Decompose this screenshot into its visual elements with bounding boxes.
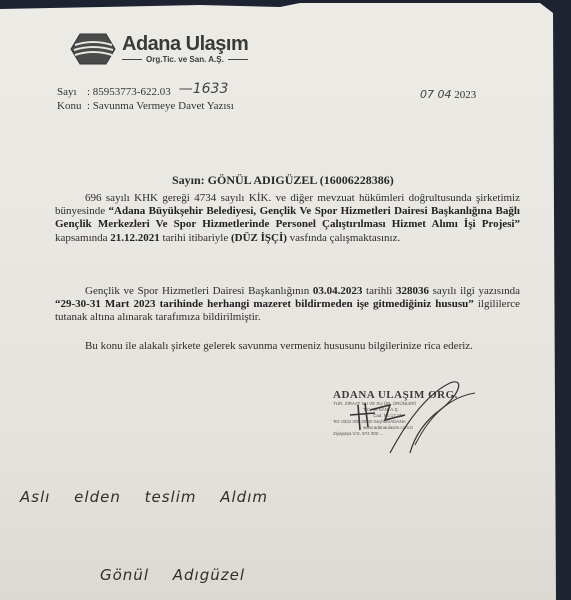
absence-statement: “29-30-31 Mart 2023 tarihinde herhangi m… — [55, 298, 474, 310]
company-logo: Adana Ulaşım Org.Tic. ve San. A.Ş. — [70, 33, 248, 65]
subject-row: Konu : Savunma Vermeye Davet Yazısı — [57, 99, 234, 113]
paragraph-1: 696 sayılı KHK gereği 4734 sayılı KİK. v… — [55, 192, 520, 245]
paragraph-3: Bu konu ile alakalı şirkete gelerek savu… — [55, 340, 520, 353]
p3-text: Bu konu ile alakalı şirkete gelerek savu… — [85, 340, 473, 352]
company-subtitle: Org.Tic. ve San. A.Ş. — [122, 55, 248, 64]
letter-date: 07 04 2023 — [420, 88, 476, 101]
ref-number: 328036 — [396, 285, 429, 297]
handwritten-number: —1633 — [179, 82, 229, 96]
p1-text-d: vasfında çalışmaktasınız. — [287, 232, 400, 244]
p2-text-b: tarihli — [362, 285, 396, 297]
letter-meta: Sayı : 85953773-622.03 —1633 Konu : Savu… — [57, 85, 234, 113]
paragraph-2: Gençlik ve Spor Hizmetleri Dairesi Başka… — [55, 285, 520, 325]
number-label: Sayı — [57, 85, 87, 99]
p2-text-c: sayılı ilgi yazısında — [429, 285, 520, 297]
project-name: “Adana Büyükşehir Belediyesi, Gençlik Ve… — [55, 205, 520, 230]
job-role: (DÜZ İŞÇİ) — [231, 232, 287, 244]
handwritten-date: 07 04 — [420, 88, 452, 101]
subject-label: Konu — [57, 99, 87, 113]
subject-value: : Savunma Vermeye Davet Yazısı — [87, 99, 234, 113]
signature-icon — [330, 375, 480, 455]
start-date: 21.12.2021 — [110, 232, 160, 244]
handwritten-recipient-name: Gönül Adıgüzel — [100, 566, 245, 584]
p1-text-b: kapsamında — [55, 232, 110, 244]
hexagon-stripes-icon — [70, 33, 116, 65]
ref-date: 03.04.2023 — [313, 285, 363, 297]
p2-text-a: Gençlik ve Spor Hizmetleri Dairesi Başka… — [85, 285, 313, 297]
salutation: Sayın: GÖNÜL ADIGÜZEL (16006228386) — [172, 173, 394, 188]
date-year: 2023 — [454, 89, 476, 101]
letter-paper: Adana Ulaşım Org.Tic. ve San. A.Ş. Sayı … — [0, 3, 565, 600]
p1-text-c: tarihi itibariyle — [160, 232, 231, 244]
reference-number-row: Sayı : 85953773-622.03 —1633 — [57, 85, 234, 99]
number-value: : 85953773-622.03 — [87, 85, 171, 99]
company-name: Adana Ulaşım — [122, 34, 248, 54]
handwritten-receipt-note: Aslı elden teslim Aldım — [20, 488, 268, 506]
